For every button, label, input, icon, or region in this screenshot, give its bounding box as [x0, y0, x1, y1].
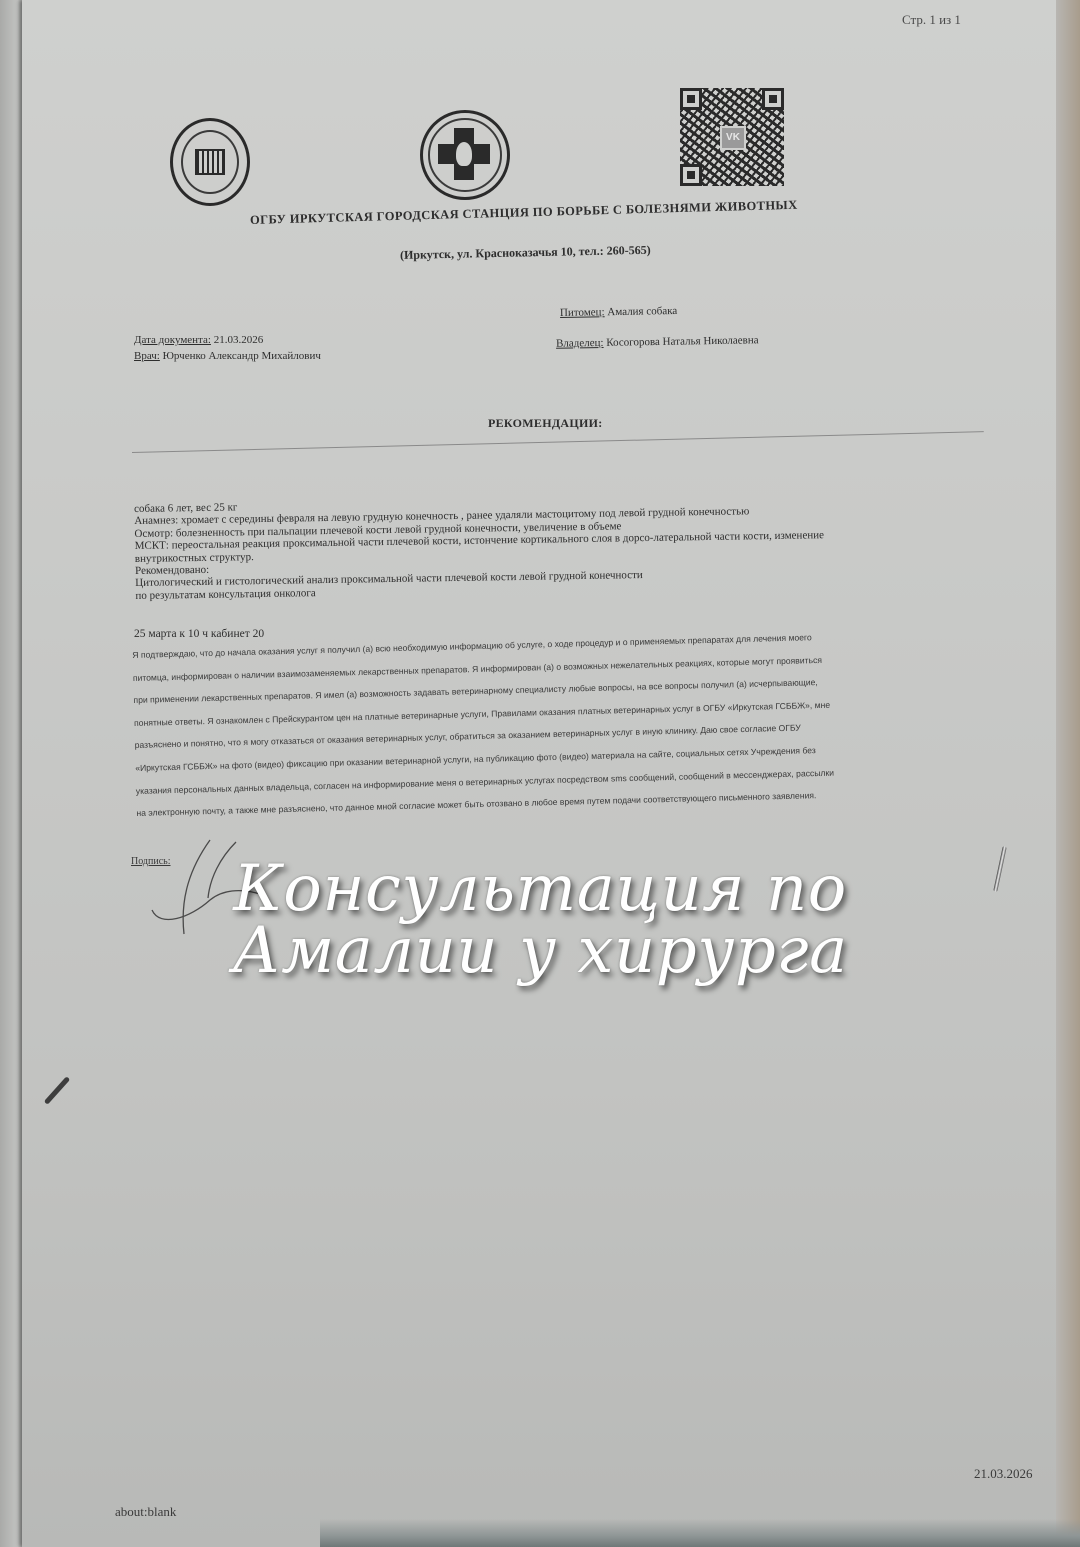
footer-date: 21.03.2026: [974, 1466, 1033, 1482]
background-table-edge: [1056, 0, 1080, 1547]
appointment-line: 25 марта к 10 ч кабинет 20: [134, 628, 264, 640]
building-icon: [195, 149, 225, 175]
page-number: Стр. 1 из 1: [902, 12, 961, 28]
overlay-caption: Консультация по Амалии у хирурга: [0, 858, 1080, 982]
bowl-of-hygieia-icon: [456, 142, 472, 166]
institution-seal-icon: [170, 118, 250, 206]
document-date-field: Дата документа: 21.03.2026: [134, 334, 263, 346]
doctor-field: Врач: Юрченко Александр Михайлович: [134, 350, 321, 362]
doctor-label: Врач:: [134, 350, 160, 362]
document-date-label: Дата документа:: [134, 334, 211, 346]
pet-field: Питомец: Амалия собака: [560, 305, 677, 319]
pet-value: Амалия собака: [607, 305, 677, 318]
veterinary-cross-emblem-icon: [420, 110, 510, 200]
owner-label: Владелец:: [556, 337, 604, 350]
doctor-value: Юрченко Александр Михайлович: [163, 350, 321, 362]
recommendations-heading: РЕКОМЕНДАЦИИ:: [488, 416, 603, 431]
footer-url: about:blank: [115, 1504, 176, 1520]
overlay-caption-line-2: Амалии у хирурга: [0, 920, 1080, 982]
consent-paragraph: Я подтверждаю, что до начала оказания ус…: [132, 622, 986, 825]
plastic-bag-edge: [320, 1519, 1080, 1547]
vk-logo-icon: VK: [720, 126, 746, 150]
pet-label: Питомец:: [560, 306, 605, 319]
overlay-caption-line-1: Консультация по: [0, 858, 1080, 920]
qr-code-icon: VK: [680, 88, 784, 186]
document-date-value: 21.03.2026: [214, 334, 264, 346]
recommendations-body: собака 6 лет, вес 25 кг Анамнез: хромает…: [134, 489, 995, 602]
